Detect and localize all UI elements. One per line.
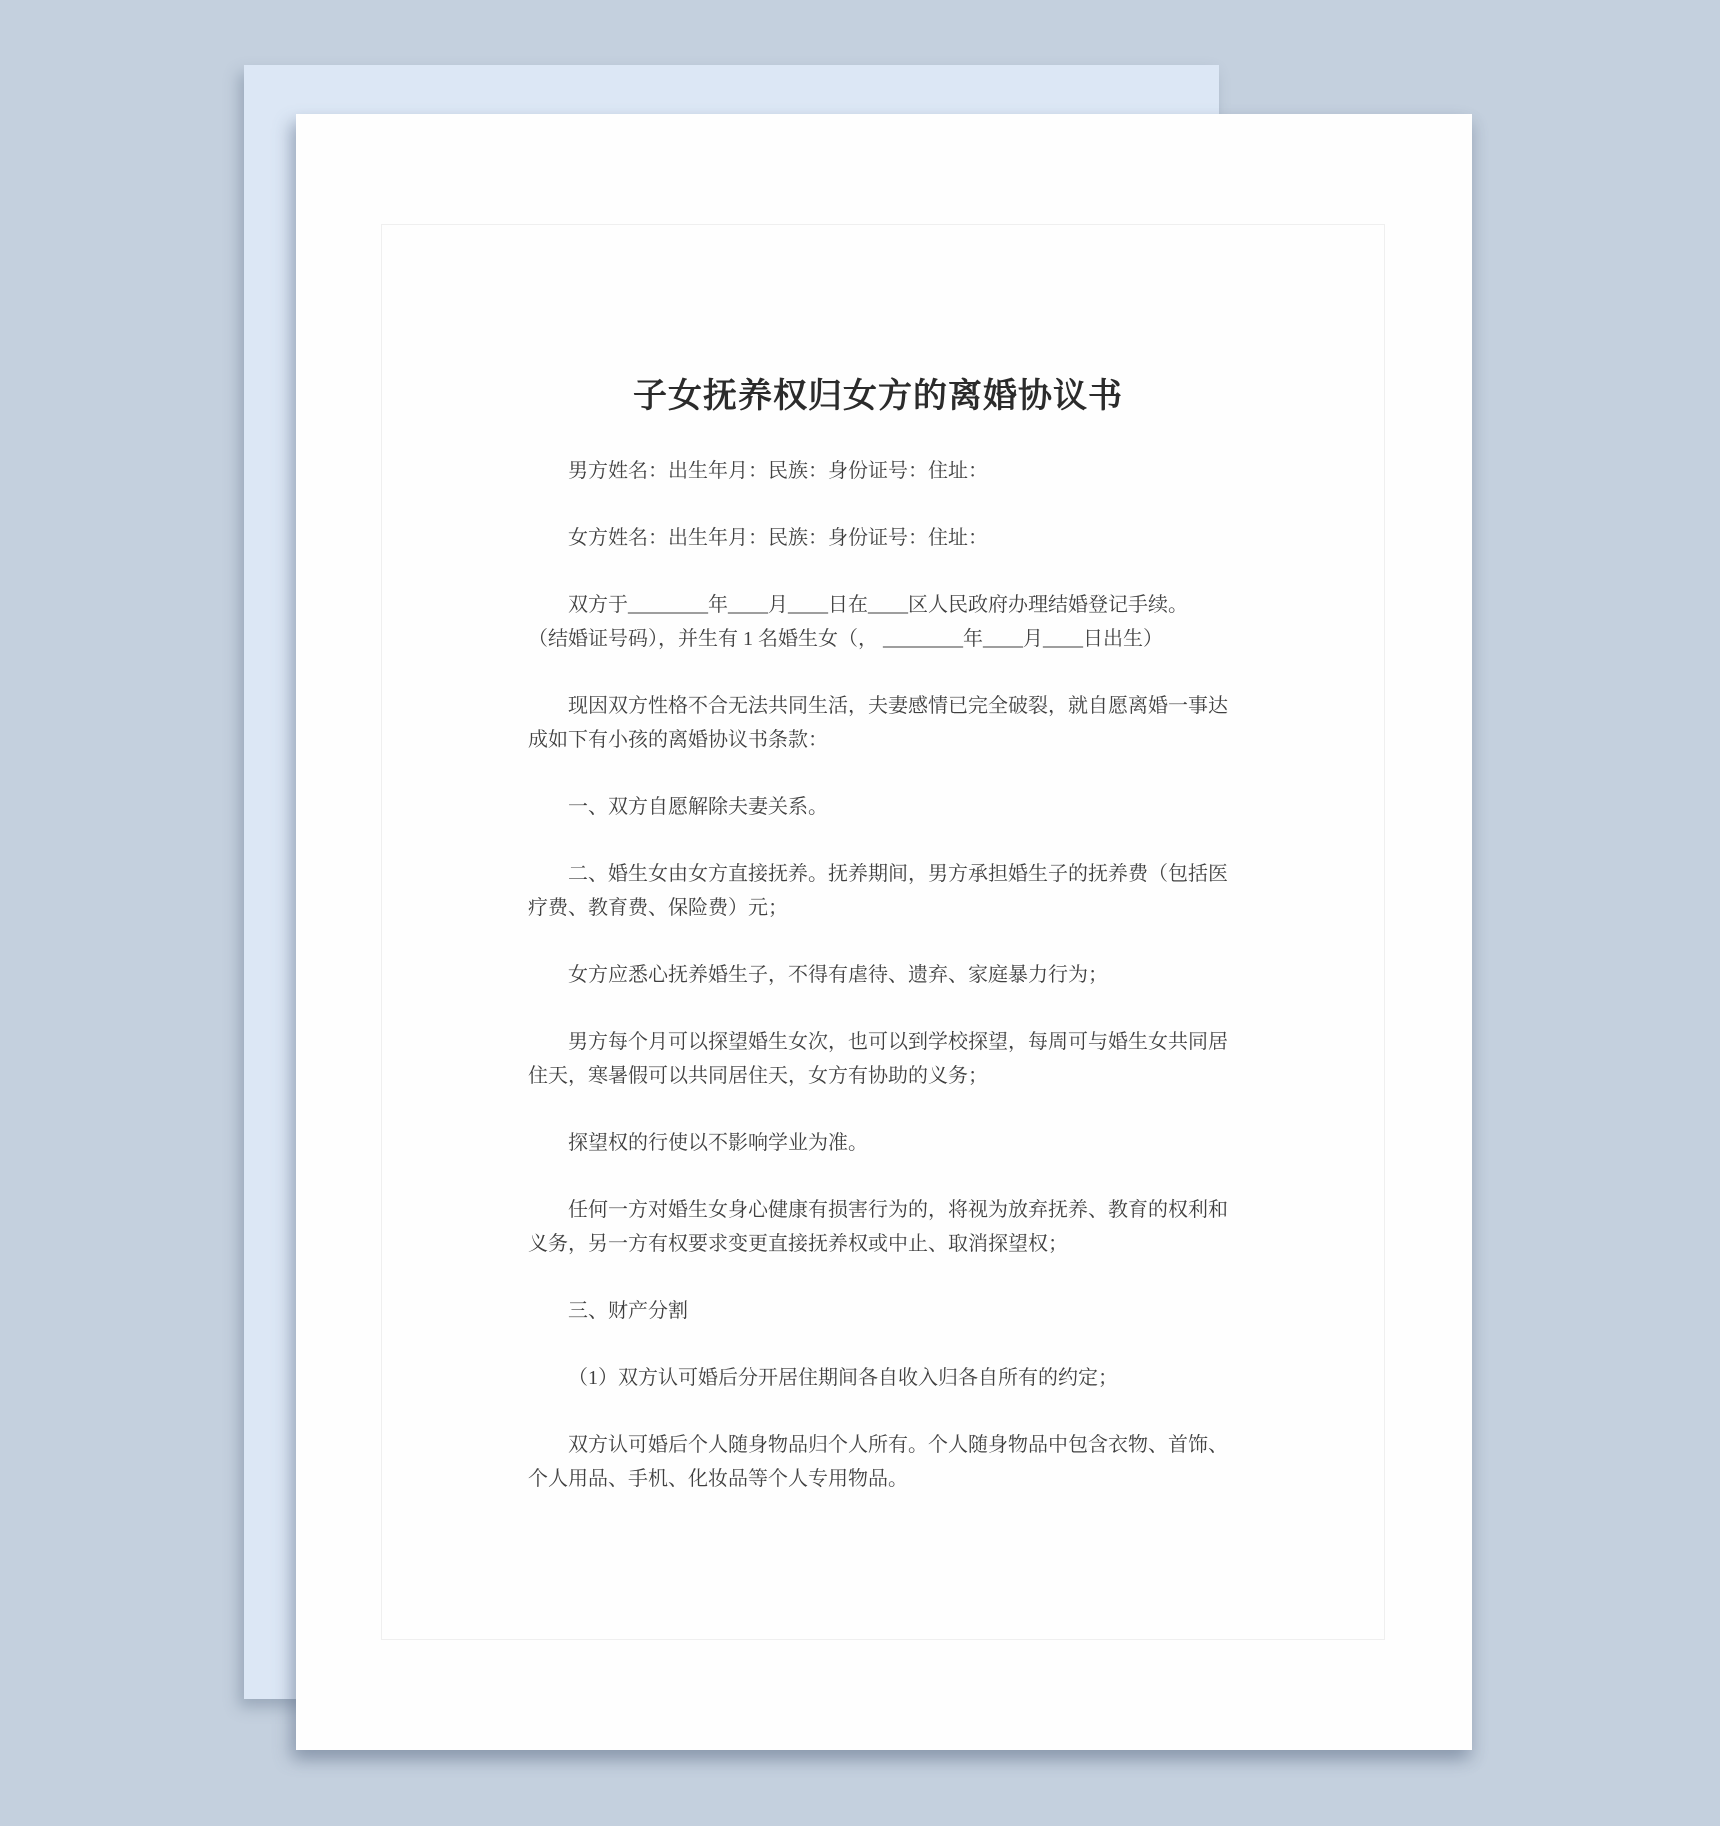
paragraph: 女方应悉心抚养婚生子，不得有虐待、遗弃、家庭暴力行为； <box>528 958 1228 992</box>
paragraph: 三、财产分割 <box>528 1294 1228 1328</box>
page-background: { "page": { "background_color": "#c4d0de… <box>0 0 1720 1826</box>
paragraph: 双方于________年____月____日在____区人民政府办理结婚登记手续… <box>528 588 1228 656</box>
paragraph: 男方姓名：出生年月：民族：身份证号：住址： <box>528 454 1228 488</box>
document-title: 子女抚养权归女方的离婚协议书 <box>528 373 1228 421</box>
document-content: 子女抚养权归女方的离婚协议书 男方姓名：出生年月：民族：身份证号：住址：女方姓名… <box>528 373 1228 1496</box>
paragraph: （1）双方认可婚后分开居住期间各自收入归各自所有的约定； <box>528 1361 1228 1395</box>
paragraph: 探望权的行使以不影响学业为准。 <box>528 1126 1228 1160</box>
paragraph: 男方每个月可以探望婚生女次，也可以到学校探望，每周可与婚生女共同居 住天，寒暑假… <box>528 1025 1228 1093</box>
paragraph: 任何一方对婚生女身心健康有损害行为的，将视为放弃抚养、教育的权利和 义务，另一方… <box>528 1193 1228 1261</box>
document-body: 男方姓名：出生年月：民族：身份证号：住址：女方姓名：出生年月：民族：身份证号：住… <box>528 454 1228 1496</box>
paragraph: 一、双方自愿解除夫妻关系。 <box>528 790 1228 824</box>
document-page: 子女抚养权归女方的离婚协议书 男方姓名：出生年月：民族：身份证号：住址：女方姓名… <box>296 114 1472 1750</box>
paragraph: 二、婚生女由女方直接抚养。抚养期间，男方承担婚生子的抚养费（包括医 疗费、教育费… <box>528 857 1228 925</box>
paragraph: 双方认可婚后个人随身物品归个人所有。个人随身物品中包含衣物、首饰、 个人用品、手… <box>528 1428 1228 1496</box>
inner-border-frame: 子女抚养权归女方的离婚协议书 男方姓名：出生年月：民族：身份证号：住址：女方姓名… <box>381 224 1385 1640</box>
paragraph: 女方姓名：出生年月：民族：身份证号：住址： <box>528 521 1228 555</box>
paragraph: 现因双方性格不合无法共同生活，夫妻感情已完全破裂，就自愿离婚一事达 成如下有小孩… <box>528 689 1228 757</box>
